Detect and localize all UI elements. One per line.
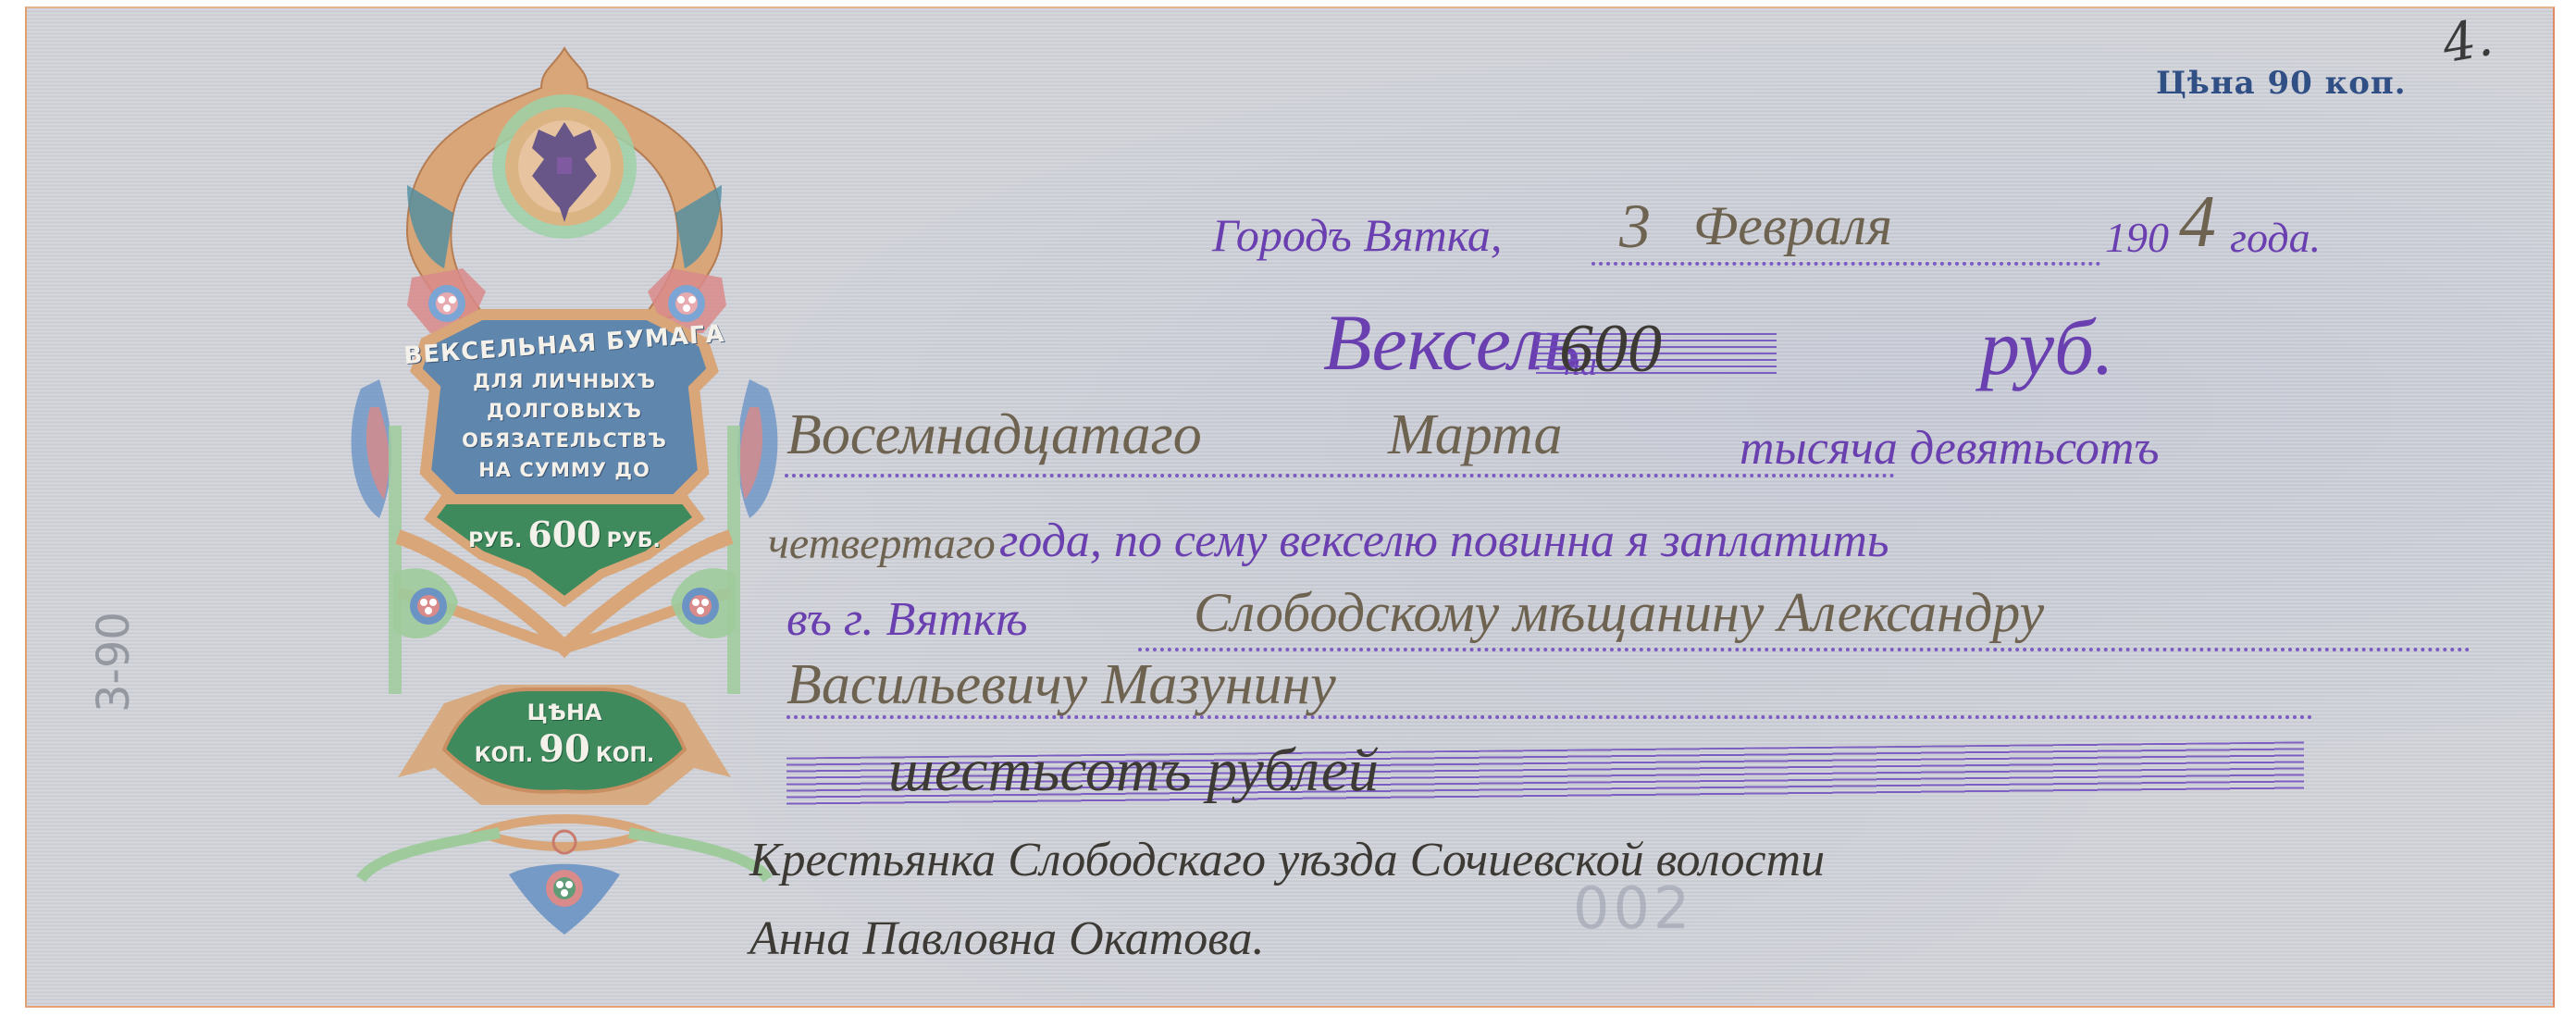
year-prefix: 190 — [2105, 213, 2169, 262]
amount-value: 600 — [527, 514, 601, 555]
vignette-line: ДЛЯ ЛИЧНЫХЪ — [342, 370, 786, 392]
price-prefix: КОП. — [475, 744, 533, 767]
date-month: Февраля — [1693, 194, 1892, 258]
vignette-line: ДОЛГОВЫХЪ — [342, 400, 786, 422]
ornamental-vignette: ВЕКСЕЛЬНАЯ БУМАГА ДЛЯ ЛИЧНЫХЪ ДОЛГОВЫХЪ … — [342, 37, 786, 935]
amount-prefix: РУБ. — [468, 529, 522, 552]
price-value: 90 — [539, 727, 590, 771]
bill-amount: 600 — [1559, 310, 1662, 389]
due-dotted-line — [785, 474, 1895, 477]
payee-line2: Васильевичу Мазунину — [786, 652, 1336, 718]
year-suffix: года. — [2230, 213, 2321, 262]
signature-line1: Крестьянка Слободскаго уѣзда Сочиевской … — [749, 833, 1825, 887]
city-label: Городъ Вятка, — [1212, 208, 1502, 262]
amount-words: шестьсотъ рублей — [888, 736, 1379, 806]
year-digit: 4 — [2179, 180, 2216, 265]
date-day: 3 — [1619, 190, 1651, 263]
price-label: Цѣна 90 коп. — [2156, 65, 2407, 102]
bill-currency: руб. — [1980, 301, 2114, 393]
signature-line2: Анна Павловна Окатова. — [749, 911, 1265, 966]
vignette-ornament-icon — [342, 37, 786, 935]
vignette-price: КОП.90КОП. — [342, 727, 786, 771]
vignette-price-heading: ЦѢНА — [342, 700, 786, 725]
margin-pencil-note: 3-90 — [88, 612, 140, 712]
due-year: четвертаго — [768, 518, 996, 569]
corner-number: 4. — [2438, 7, 2497, 75]
due-printed: тысяча девятьсотъ — [1740, 421, 2159, 476]
due-month: Марта — [1388, 403, 1562, 468]
payee-line1: Слободскому мѣщанину Александру — [1194, 581, 2044, 645]
vignette-amount: РУБ.600РУБ. — [342, 514, 786, 555]
place-text: въ г. Вяткѣ — [786, 592, 1028, 647]
payee-dotted-line — [1138, 648, 2471, 651]
date-dotted-line — [1591, 262, 2100, 266]
obligation-text: года, по сему векселю повинна я заплатит… — [999, 514, 1889, 568]
vignette-line: ОБЯЗАТЕЛЬСТВЪ — [342, 429, 786, 452]
amount-suffix: РУБ. — [607, 529, 661, 552]
vignette-line: НА СУММУ ДО — [342, 459, 786, 481]
due-day: Восемнадцатаго — [786, 403, 1202, 468]
price-suffix: КОП. — [596, 744, 654, 767]
